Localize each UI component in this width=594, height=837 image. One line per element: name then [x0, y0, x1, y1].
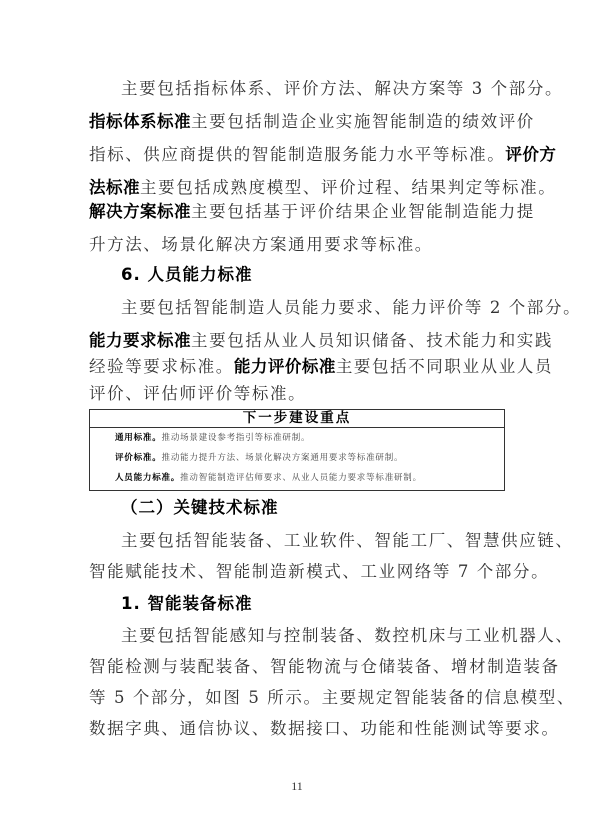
paragraph-line: 法标准主要包括成熟度模型、评价过程、结果判定等标准。	[89, 178, 507, 198]
section-heading: 6. 人员能力标准	[121, 265, 539, 285]
body-text: 主要包括成熟度模型、评价过程、结果判定等标准。	[140, 178, 556, 197]
paragraph-line: 解决方案标准主要包括基于评价结果企业智能制造能力提	[89, 202, 507, 222]
paragraph-line: 指标、供应商提供的智能制造服务能力水平等标准。评价方	[89, 145, 507, 165]
box-title: 下一步建设重点	[90, 410, 504, 428]
paragraph-line: 能力要求标准主要包括从业人员知识储备、技术能力和实践	[89, 331, 507, 351]
box-row: 评价标准。推动能力提升方法、场景化解决方案通用要求等标准研制。	[115, 452, 403, 464]
page-number: 11	[0, 779, 594, 794]
bold-term: 解决方案标准	[89, 202, 191, 221]
paragraph-line: 主要包括智能装备、工业软件、智能工厂、智慧供应链、	[121, 531, 539, 551]
bold-term: 能力要求标准	[89, 331, 191, 350]
box-row: 人员能力标准。推动智能制造评估师要求、从业人员能力要求等标准研制。	[115, 472, 422, 484]
document-page: 主要包括指标体系、评价方法、解决方案等 3 个部分。 指标体系标准主要包括制造企…	[0, 0, 594, 837]
paragraph-line: 主要包括智能感知与控制装备、数控机床与工业机器人、	[121, 626, 539, 646]
body-text: 主要包括制造企业实施智能制造的绩效评价	[191, 112, 535, 131]
section-heading: 1. 智能装备标准	[121, 594, 539, 614]
box-row-text: 推动智能制造评估师要求、从业人员能力要求等标准研制。	[180, 473, 422, 483]
body-text: 主要包括不同职业从业人员	[336, 357, 553, 376]
box-row-text: 推动场景建设参考指引等标准研制。	[162, 433, 311, 443]
paragraph-line: 升方法、场景化解决方案通用要求等标准。	[89, 235, 507, 255]
bold-term: 指标体系标准	[89, 112, 191, 131]
paragraph-line: 智能检测与装配装备、智能物流与仓储装备、增材制造装备	[89, 657, 507, 677]
bold-term: 法标准	[89, 178, 140, 197]
paragraph-line: 等 5 个部分，如图 5 所示。主要规定智能装备的信息模型、	[89, 688, 507, 708]
paragraph-line: 指标体系标准主要包括制造企业实施智能制造的绩效评价	[89, 112, 507, 132]
section-heading: （二）关键技术标准	[121, 498, 539, 518]
box-row-key: 通用标准。	[115, 433, 162, 443]
box-row-key: 人员能力标准。	[115, 473, 180, 483]
body-text: 指标、供应商提供的智能制造服务能力水平等标准。	[89, 145, 505, 164]
next-steps-box: 下一步建设重点 通用标准。推动场景建设参考指引等标准研制。 评价标准。推动能力提…	[89, 409, 505, 491]
body-text: 主要包括从业人员知识储备、技术能力和实践	[191, 331, 553, 350]
paragraph-line: 智能赋能技术、智能制造新模式、工业网络等 7 个部分。	[89, 562, 507, 582]
box-row-key: 评价标准。	[115, 453, 162, 463]
box-row: 通用标准。推动场景建设参考指引等标准研制。	[115, 432, 310, 444]
paragraph-line: 经验等要求标准。能力评价标准主要包括不同职业从业人员	[89, 357, 507, 377]
body-text: 主要包括基于评价结果企业智能制造能力提	[191, 202, 535, 221]
paragraph-line: 评价、评估师评价等标准。	[89, 384, 507, 404]
body-text: 经验等要求标准。	[89, 357, 234, 376]
paragraph-intro: 主要包括指标体系、评价方法、解决方案等 3 个部分。	[121, 79, 539, 99]
paragraph-line: 数据字典、通信协议、数据接口、功能和性能测试等要求。	[89, 719, 507, 739]
bold-term: 评价方	[505, 145, 556, 164]
paragraph-intro: 主要包括智能制造人员能力要求、能力评价等 2 个部分。	[121, 298, 539, 318]
box-row-text: 推动能力提升方法、场景化解决方案通用要求等标准研制。	[162, 453, 404, 463]
bold-term: 能力评价标准	[234, 357, 336, 376]
